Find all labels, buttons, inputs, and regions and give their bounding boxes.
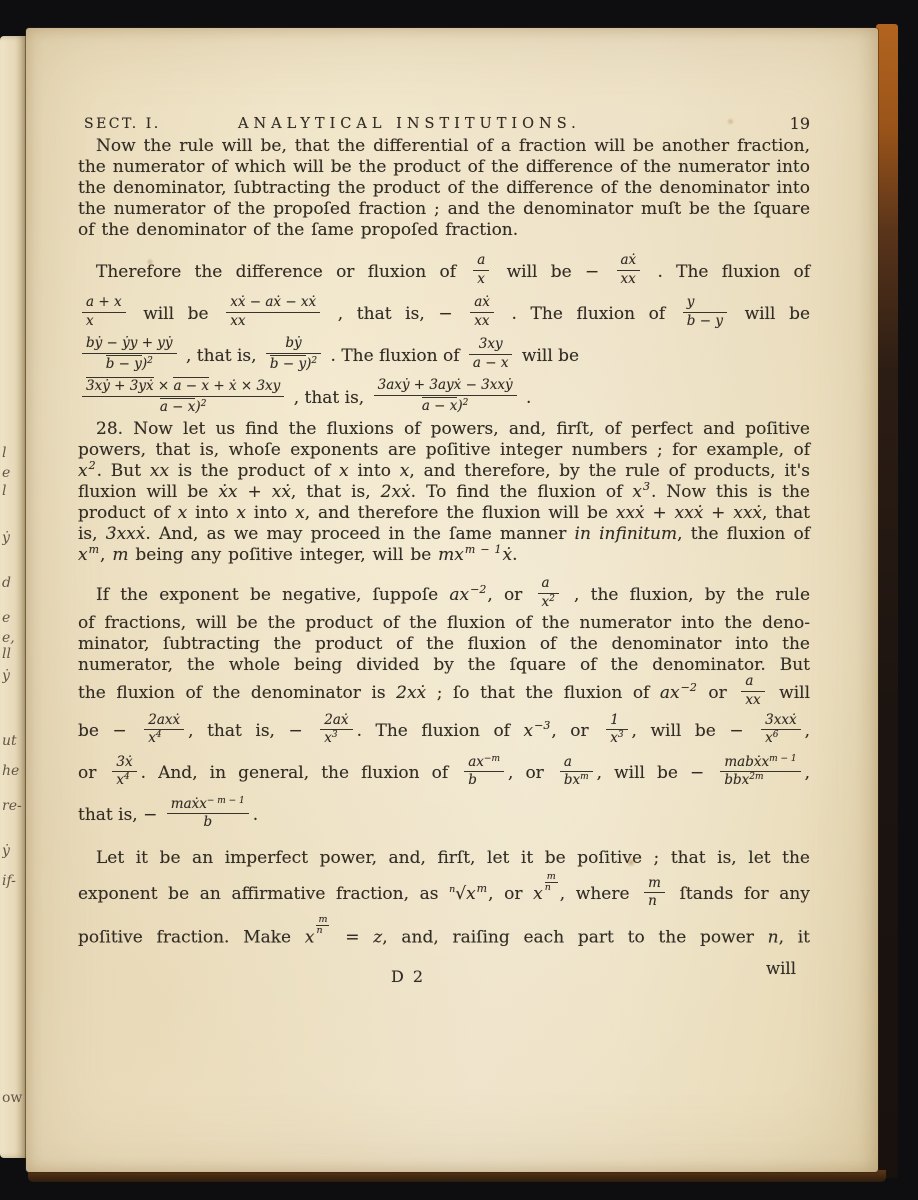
book-binding-edge [876,24,898,1178]
text-run: . To find the fluxion of [411,482,633,502]
bleed-text-fragment: ẏ [2,530,26,546]
text-run: will be [745,304,810,324]
numerator: a [473,253,489,271]
catchword: will [766,958,796,979]
base: x [116,772,124,788]
denominator: x3 [320,730,352,747]
exponent: 2 [463,398,469,408]
fraction: abxm [560,755,593,789]
text-line: minator, ſubtracting the product of the … [78,634,810,655]
signature-mark: D 2 [391,966,425,987]
text-run: , where [560,884,640,904]
fraction: mabẋxm − 1bbx2m [720,755,800,789]
text-run: , that is, [291,482,381,502]
exponent: 2 [89,459,96,472]
math-expr: 3xxẋ [106,524,146,544]
denominator: bxm [560,772,593,789]
fraction: ax2 [538,576,559,610]
text-run: into [246,503,295,523]
formula-line: Therefore the difference or fluxion of a… [78,251,810,293]
exponent: m [89,543,99,556]
text-run: , will be − [597,763,717,783]
base: ax [468,754,484,770]
bleed-text-fragment: e [2,610,26,626]
text-run: Therefore the difference or fluxion of [96,262,456,282]
text-run: into [349,461,400,481]
text-block: SECT. I. ANALYTICAL INSTITUTIONS. 19 Now… [78,114,810,988]
fraction: 3ẋx4 [112,755,136,789]
text-run: , the fluxion, by the rule [574,585,810,605]
numerator: ax−m [464,755,504,773]
math-var: xx [150,461,169,481]
numerator: mabẋxm − 1 [720,755,800,773]
radical-icon: √ [455,884,466,904]
exponent: 2 [201,399,207,409]
fraction: maẋx− m − 1b [167,797,249,831]
text-run: , and, raiſing each part to the power [382,927,767,947]
exponent: m [477,882,487,895]
fraction: ax [473,253,489,287]
bleed-text-fragment: ẏ [2,668,26,684]
denominator: x6 [761,730,800,747]
text-run: poſitive fraction. Make [78,927,305,947]
formula-line: the fluxion of the denominator is 2xẋ ;… [78,676,810,711]
bleed-text-fragment: if- [2,873,26,889]
numerator: a [741,674,764,692]
denominator: x4 [144,730,184,747]
exponent-fraction: mn [316,915,329,937]
vinculum-term: a − x [160,398,196,415]
book-page: SECT. I. ANALYTICAL INSTITUTIONS. 19 Now… [26,28,878,1172]
fraction: aẋxx [617,253,641,287]
math-var: z [373,927,382,947]
math-var: x [466,884,476,904]
text-run: If the exponent be negative, ſuppoſe [96,585,449,605]
text-run: , or [488,884,533,904]
denominator: a − x [469,355,513,372]
vinculum-term: a − x [422,397,458,414]
fraction: mn [644,876,665,910]
text-run: . And, as we may proceed in the ſame man… [145,524,574,544]
math-var: x [236,503,246,523]
fraction: yb − y [683,295,727,329]
base: x [324,730,332,746]
vinculum-term: b − y [270,355,306,372]
text-run: the fluxion of the denominator is [78,683,396,703]
denominator: a − x)2 [374,396,517,415]
text-run: , or [487,585,533,605]
formula-line: 3xẏ + 3yẋ × a − x + ẋ × 3xya − x)2 , … [78,377,810,419]
exponent: −m [484,754,500,764]
denominator: a − x)2 [82,397,284,416]
base: x [148,730,156,746]
denominator: x4 [112,772,136,789]
base: maẋx [171,796,207,812]
exponent: −3 [534,719,550,732]
formula-line: or 3ẋx4. And, in general, the fluxion o… [78,752,810,794]
text-run: is the product of [169,461,339,481]
text-run: will [779,683,810,703]
text-run: into [187,503,236,523]
bleed-text-fragment: ll [2,646,26,662]
exponent: 4 [156,730,162,740]
text-run: , [805,763,810,783]
vinculum-term: b − y [106,355,142,372]
base: mabẋx [724,754,769,770]
text-run: . [526,388,531,408]
text-run: , will be − [632,721,758,741]
denominator: bbx2m [720,772,800,789]
exponent: m − 1 [465,543,502,556]
text-run: , [805,721,810,741]
numerator: 3xxẋ [761,713,800,731]
fraction: 3xẏ + 3yẋ × a − x + ẋ × 3xya − x)2 [82,377,284,415]
text-run: . [253,805,258,825]
text-run: , [100,545,112,565]
text-run: exponent be an affirmative fraction, as [78,884,449,904]
exponent-fraction: mn [545,872,558,894]
math-var: n [768,927,779,947]
fraction: aẋxx [470,295,494,329]
text-run: or [78,763,108,783]
exponent: 2 [311,356,317,366]
denominator: n [316,926,329,936]
paragraph-rule-of-fractions: Now the rule will be, that the different… [78,136,810,241]
math-expr: ẋx + xẋ [218,482,291,502]
text-run: will be − [507,262,600,282]
text-run: ſtands for any [669,884,810,904]
math-var: x [295,503,305,523]
text-run: , or [551,721,602,741]
denominator: x [473,271,489,288]
bleed-text-fragment: l [2,483,26,499]
text-run: . The fluxion of [357,721,524,741]
fraction: 2aẋx3 [320,713,352,747]
numerator: 2aẋ [320,713,352,731]
base: bbx [724,772,749,788]
text-run: will be [522,346,579,366]
math-var: m [112,545,128,565]
text-run: 28. Now let us find the fluxions of powe… [78,419,810,460]
numerator: 3xẏ + 3yẋ × a − x + ẋ × 3xy [82,377,284,397]
exponent: 3 [643,480,650,493]
denominator: xx [226,313,320,330]
text-run: . And, in general, the fluxion of [141,763,461,783]
denominator: xx [470,313,494,330]
numerator: bẏ − ẏy + yẏ [82,336,177,354]
formula-line: poſitive fraction. Make xmn = z, and, ra… [78,915,810,958]
numerator: 3axẏ + 3ayẋ − 3xxẏ [374,378,517,396]
base: x [765,730,773,746]
fraction: 3axẏ + 3ayẋ − 3xxẏa − x)2 [374,378,517,414]
fraction: ax−mb [464,755,504,789]
denominator: x [82,313,126,330]
base: x [542,594,550,610]
section-label: SECT. I. [84,114,161,135]
text-run: . The fluxion of [512,304,666,324]
text-run: being any poſitive integer, will be [128,545,438,565]
fraction: bẏb − y)2 [266,336,321,372]
text-run: , that is, [294,388,365,408]
numerator: aẋ [470,295,494,313]
running-title: ANALYTICAL INSTITUTIONS. [238,114,581,135]
facing-page-edge [0,36,27,1158]
math-var: x [78,461,88,481]
numerator: 1 [606,713,627,731]
text-run: , the fluxion of [677,524,810,544]
fraction: 3xxẋx6 [761,713,800,747]
math-var: ax [660,683,680,703]
exponent: m [580,772,589,782]
denominator: b − y)2 [82,354,177,373]
vinculum-term: a − x [173,377,209,394]
bleed-text-fragment: re- [2,798,26,814]
exponent: 3 [618,730,624,740]
exponent: −2 [681,681,697,694]
bleed-text-fragment: l [2,445,26,461]
math-var: x [305,927,315,947]
numerator: m [644,876,665,894]
numerator: 3ẋ [112,755,136,773]
text-run: = [331,927,373,947]
book-photograph: l e l ẏ d e e, ll ẏ ut he re- ẏ if- o… [0,0,918,1200]
bleed-text-fragment: e, [2,630,26,646]
denominator: x3 [606,730,627,747]
denominator: b − y)2 [266,354,321,373]
base: x [610,730,618,746]
bleed-text-fragment: he [2,763,26,779]
text-run: , and therefore the fluxion will be [305,503,616,523]
math-var: x [524,721,534,741]
numerator: 2axẋ [144,713,184,731]
vinculum-term: 3xẏ + 3yẋ [86,377,154,394]
math-var: x [632,482,642,502]
formula-line: If the exponent be negative, ſuppoſe ax−… [78,578,810,613]
formula-line: be − 2axẋx4, that is, − 2aẋx3. The flu… [78,710,810,752]
text-run: . [512,545,517,565]
fraction: bẏ − ẏy + yẏb − y)2 [82,336,177,372]
math-expr: xxẋ + xxẋ + xxẋ [616,503,762,523]
exponent: 2m [749,772,763,782]
math-var: x [339,461,349,481]
text-line: Let it be an imperfect power, and, firſt… [78,848,810,869]
text-run: that is, − [78,805,163,825]
formula-line: exponent be an affirmative fraction, as … [78,869,810,915]
bleed-text-fragment: ẏ [2,843,26,859]
denominator: xx [617,271,641,288]
denominator: n [644,893,665,910]
bleed-text-fragment: d [2,575,26,591]
base: bx [564,772,580,788]
fraction: 2axẋx4 [144,713,184,747]
formula-line: a + xx will be xẋ − aẋ − xẋxx , that … [78,293,810,335]
text-run: , or [508,763,556,783]
text-run: . But [97,461,150,481]
page-footer: D 2 will [78,962,810,988]
formula-line: that is, − maẋx− m − 1b. [78,794,810,836]
numerator: aẋ [617,253,641,271]
text-run: + ẋ × 3xy [213,378,280,394]
denominator: b [464,772,504,789]
math-var: x [400,461,410,481]
fraction: xẋ − aẋ − xẋxx [226,295,320,329]
numerator: 3xy [469,337,513,355]
exponent: 6 [773,730,779,740]
paragraph-28-powers: 28. Now let us find the fluxions of powe… [78,419,810,566]
math-var: x [533,884,543,904]
running-header: SECT. I. ANALYTICAL INSTITUTIONS. 19 [78,114,810,136]
exponent: − m − 1 [207,796,245,806]
numerator: a [560,755,593,773]
fraction: 1x3 [606,713,627,747]
latin-phrase: in infinitum [575,524,678,544]
exponent: −2 [470,583,486,596]
numerator: bẏ [266,336,321,354]
numerator: a [538,576,559,594]
text-run: or [698,683,737,703]
math-var: ẋ [503,545,513,565]
numerator: xẋ − aẋ − xẋ [226,295,320,313]
text-run: , that is, − [188,721,316,741]
bleed-text-fragment: ow [2,1090,26,1106]
numerator: a + x [82,295,126,313]
denominator: n [545,883,558,893]
formula-line: bẏ − ẏy + yẏb − y)2 , that is, bẏb −… [78,335,810,377]
text-run: , that is, − [338,304,453,324]
math-var: x [178,503,188,523]
text-run: , that is, [186,346,257,366]
bleed-text-fragment: ut [2,733,26,749]
text-run: . The fluxion of [657,262,810,282]
text-run: be − [78,721,140,741]
math-expr: 2xẋ [396,683,426,703]
math-var: x [78,545,88,565]
exponent: m − 1 [769,754,797,764]
denominator: x2 [538,594,559,611]
math-expr: mx [438,545,464,565]
text-run: , it [779,927,810,947]
exponent: 3 [332,730,338,740]
page-number: 19 [790,113,810,134]
math-expr: 2xẋ [381,482,411,502]
denominator: b − y [683,313,727,330]
fraction: axx [741,674,764,708]
text-run: ; ſo that the fluxion of [426,683,660,703]
text-run: will be [143,304,208,324]
times-sign: × [158,378,169,394]
exponent: 2 [549,594,555,604]
fraction: 3xya − x [469,337,513,371]
numerator: y [683,295,727,313]
denominator: b [167,814,249,831]
denominator: xx [741,692,764,709]
exponent: 2 [147,356,153,366]
bleed-text-fragment: e [2,465,26,481]
exponent: 4 [124,772,130,782]
fraction: a + xx [82,295,126,329]
numerator: maẋx− m − 1 [167,797,249,815]
text-line: of fractions, will be the product of the… [78,613,810,634]
math-var: ax [449,585,469,605]
text-run: . The fluxion of [331,346,460,366]
text-line: numerator, the whole being divided by th… [78,655,810,676]
